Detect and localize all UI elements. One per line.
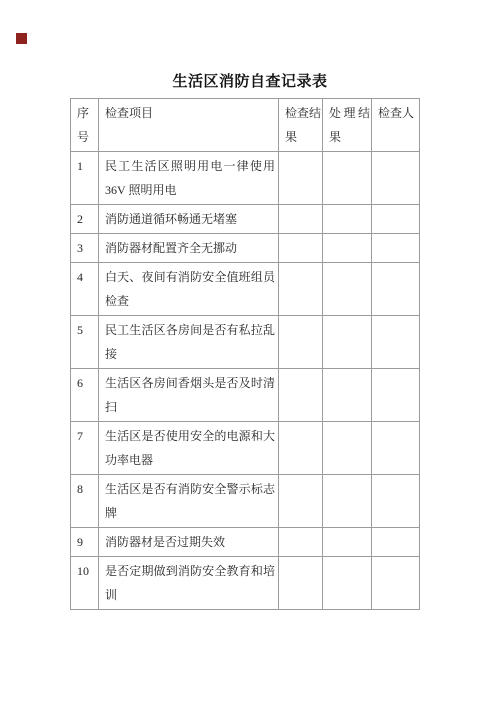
row-number-cell: 5 — [71, 316, 99, 369]
table-row: 8 生活区是否有消防安全警示标志牌 — [71, 475, 420, 528]
inspection-result-cell[interactable] — [279, 557, 323, 610]
inspector-cell[interactable] — [372, 528, 420, 557]
table-row: 10 是否定期做到消防安全教育和培训 — [71, 557, 420, 610]
inspection-result-cell[interactable] — [279, 422, 323, 475]
table-row: 1 民工生活区照明用电一律使用36V 照明用电 — [71, 152, 420, 205]
handling-result-cell[interactable] — [323, 234, 372, 263]
inspection-result-cell[interactable] — [279, 369, 323, 422]
table-row: 2 消防通道循环畅通无堵塞 — [71, 205, 420, 234]
fire-inspection-table: 序号 检查项目 检查结果 处理结果 检查人 1 民工生活区照明用电一律使用36V… — [70, 98, 420, 610]
inspection-result-cell[interactable] — [279, 152, 323, 205]
row-number-cell: 9 — [71, 528, 99, 557]
handling-result-cell[interactable] — [323, 557, 372, 610]
row-number-cell: 6 — [71, 369, 99, 422]
table-row: 6 生活区各房间香烟头是否及时清扫 — [71, 369, 420, 422]
row-number-cell: 2 — [71, 205, 99, 234]
inspector-cell[interactable] — [372, 234, 420, 263]
inspection-item-cell: 白天、夜间有消防安全值班组员检查 — [99, 263, 279, 316]
row-number-cell: 8 — [71, 475, 99, 528]
column-header-inspection-item: 检查项目 — [99, 99, 279, 152]
inspector-cell[interactable] — [372, 369, 420, 422]
column-header-handling-result: 处理结果 — [323, 99, 372, 152]
inspector-cell[interactable] — [372, 205, 420, 234]
table-header-row: 序号 检查项目 检查结果 处理结果 检查人 — [71, 99, 420, 152]
red-marker — [16, 33, 27, 44]
handling-result-cell[interactable] — [323, 263, 372, 316]
inspection-result-cell[interactable] — [279, 316, 323, 369]
inspection-result-cell[interactable] — [279, 475, 323, 528]
inspection-item-cell: 民工生活区各房间是否有私拉乱接 — [99, 316, 279, 369]
row-number-cell: 1 — [71, 152, 99, 205]
inspection-item-cell: 消防器材是否过期失效 — [99, 528, 279, 557]
inspector-cell[interactable] — [372, 557, 420, 610]
row-number-cell: 7 — [71, 422, 99, 475]
table-row: 4 白天、夜间有消防安全值班组员检查 — [71, 263, 420, 316]
column-header-serial-number: 序号 — [71, 99, 99, 152]
handling-result-cell[interactable] — [323, 205, 372, 234]
inspection-item-cell: 生活区各房间香烟头是否及时清扫 — [99, 369, 279, 422]
page-title: 生活区消防自查记录表 — [0, 73, 500, 91]
inspector-cell[interactable] — [372, 263, 420, 316]
table-row: 9 消防器材是否过期失效 — [71, 528, 420, 557]
inspection-item-cell: 民工生活区照明用电一律使用36V 照明用电 — [99, 152, 279, 205]
inspector-cell[interactable] — [372, 422, 420, 475]
inspection-result-cell[interactable] — [279, 263, 323, 316]
row-number-cell: 10 — [71, 557, 99, 610]
table-row: 3 消防器材配置齐全无挪动 — [71, 234, 420, 263]
handling-result-cell[interactable] — [323, 422, 372, 475]
table-row: 5 民工生活区各房间是否有私拉乱接 — [71, 316, 420, 369]
handling-result-cell[interactable] — [323, 316, 372, 369]
inspection-item-cell: 生活区是否有消防安全警示标志牌 — [99, 475, 279, 528]
row-number-cell: 3 — [71, 234, 99, 263]
handling-result-cell[interactable] — [323, 528, 372, 557]
row-number-cell: 4 — [71, 263, 99, 316]
inspection-item-cell: 消防通道循环畅通无堵塞 — [99, 205, 279, 234]
inspection-item-cell: 生活区是否使用安全的电源和大功率电器 — [99, 422, 279, 475]
handling-result-cell[interactable] — [323, 475, 372, 528]
inspector-cell[interactable] — [372, 152, 420, 205]
inspection-item-cell: 是否定期做到消防安全教育和培训 — [99, 557, 279, 610]
inspection-result-cell[interactable] — [279, 528, 323, 557]
handling-result-cell[interactable] — [323, 152, 372, 205]
column-header-inspector: 检查人 — [372, 99, 420, 152]
inspection-result-cell[interactable] — [279, 205, 323, 234]
inspection-item-cell: 消防器材配置齐全无挪动 — [99, 234, 279, 263]
inspection-result-cell[interactable] — [279, 234, 323, 263]
handling-result-cell[interactable] — [323, 369, 372, 422]
table-row: 7 生活区是否使用安全的电源和大功率电器 — [71, 422, 420, 475]
column-header-inspection-result: 检查结果 — [279, 99, 323, 152]
inspector-cell[interactable] — [372, 475, 420, 528]
inspector-cell[interactable] — [372, 316, 420, 369]
